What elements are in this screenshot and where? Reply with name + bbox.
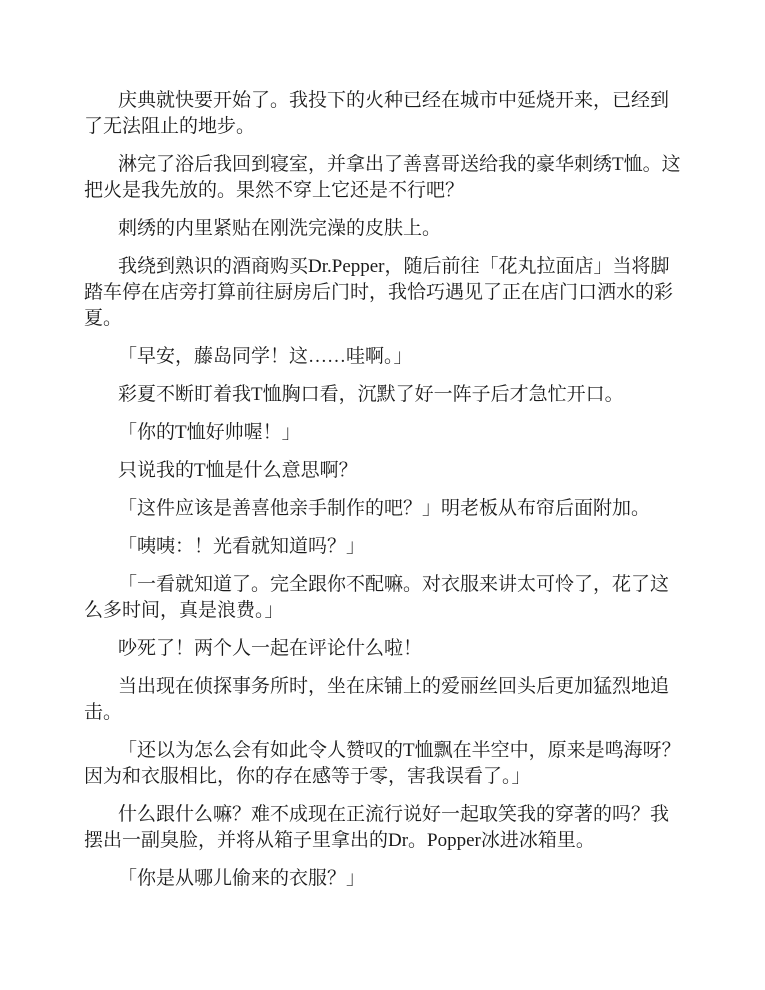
document-body: 庆典就快要开始了。我投下的火种已经在城市中延烧开来，已经到了无法阻止的地步。 淋… bbox=[84, 88, 683, 892]
paragraph: 「早安，藤岛同学！这……哇啊。」 bbox=[84, 344, 683, 370]
paragraph: 彩夏不断盯着我T恤胸口看，沉默了好一阵子后才急忙开口。 bbox=[84, 382, 683, 408]
paragraph: 「一看就知道了。完全跟你不配嘛。对衣服来讲太可怜了，花了这么多时间，真是浪费。」 bbox=[84, 572, 683, 624]
paragraph: 什么跟什么嘛？难不成现在正流行说好一起取笑我的穿著的吗？我摆出一副臭脸，并将从箱… bbox=[84, 802, 683, 854]
paragraph: 吵死了！两个人一起在评论什么啦！ bbox=[84, 636, 683, 662]
paragraph: 庆典就快要开始了。我投下的火种已经在城市中延烧开来，已经到了无法阻止的地步。 bbox=[84, 88, 683, 140]
paragraph: 「咦咦：！光看就知道吗？」 bbox=[84, 534, 683, 560]
paragraph: 「还以为怎么会有如此令人赞叹的T恤飘在半空中，原来是鸣海呀？因为和衣服相比，你的… bbox=[84, 738, 683, 790]
paragraph: 刺绣的内里紧贴在刚洗完澡的皮肤上。 bbox=[84, 216, 683, 242]
paragraph: 只说我的T恤是什么意思啊？ bbox=[84, 458, 683, 484]
paragraph: 「你是从哪儿偷来的衣服？」 bbox=[84, 866, 683, 892]
paragraph: 我绕到熟识的酒商购买Dr.Pepper，随后前往「花丸拉面店」当将脚踏车停在店旁… bbox=[84, 254, 683, 332]
paragraph: 当出现在侦探事务所时，坐在床铺上的爱丽丝回头后更加猛烈地追击。 bbox=[84, 674, 683, 726]
paragraph: 淋完了浴后我回到寝室，并拿出了善喜哥送给我的豪华刺绣T恤。这把火是我先放的。果然… bbox=[84, 152, 683, 204]
document-page: 庆典就快要开始了。我投下的火种已经在城市中延烧开来，已经到了无法阻止的地步。 淋… bbox=[0, 0, 765, 990]
paragraph: 「你的T恤好帅喔！」 bbox=[84, 420, 683, 446]
paragraph: 「这件应该是善喜他亲手制作的吧？」明老板从布帘后面附加。 bbox=[84, 496, 683, 522]
